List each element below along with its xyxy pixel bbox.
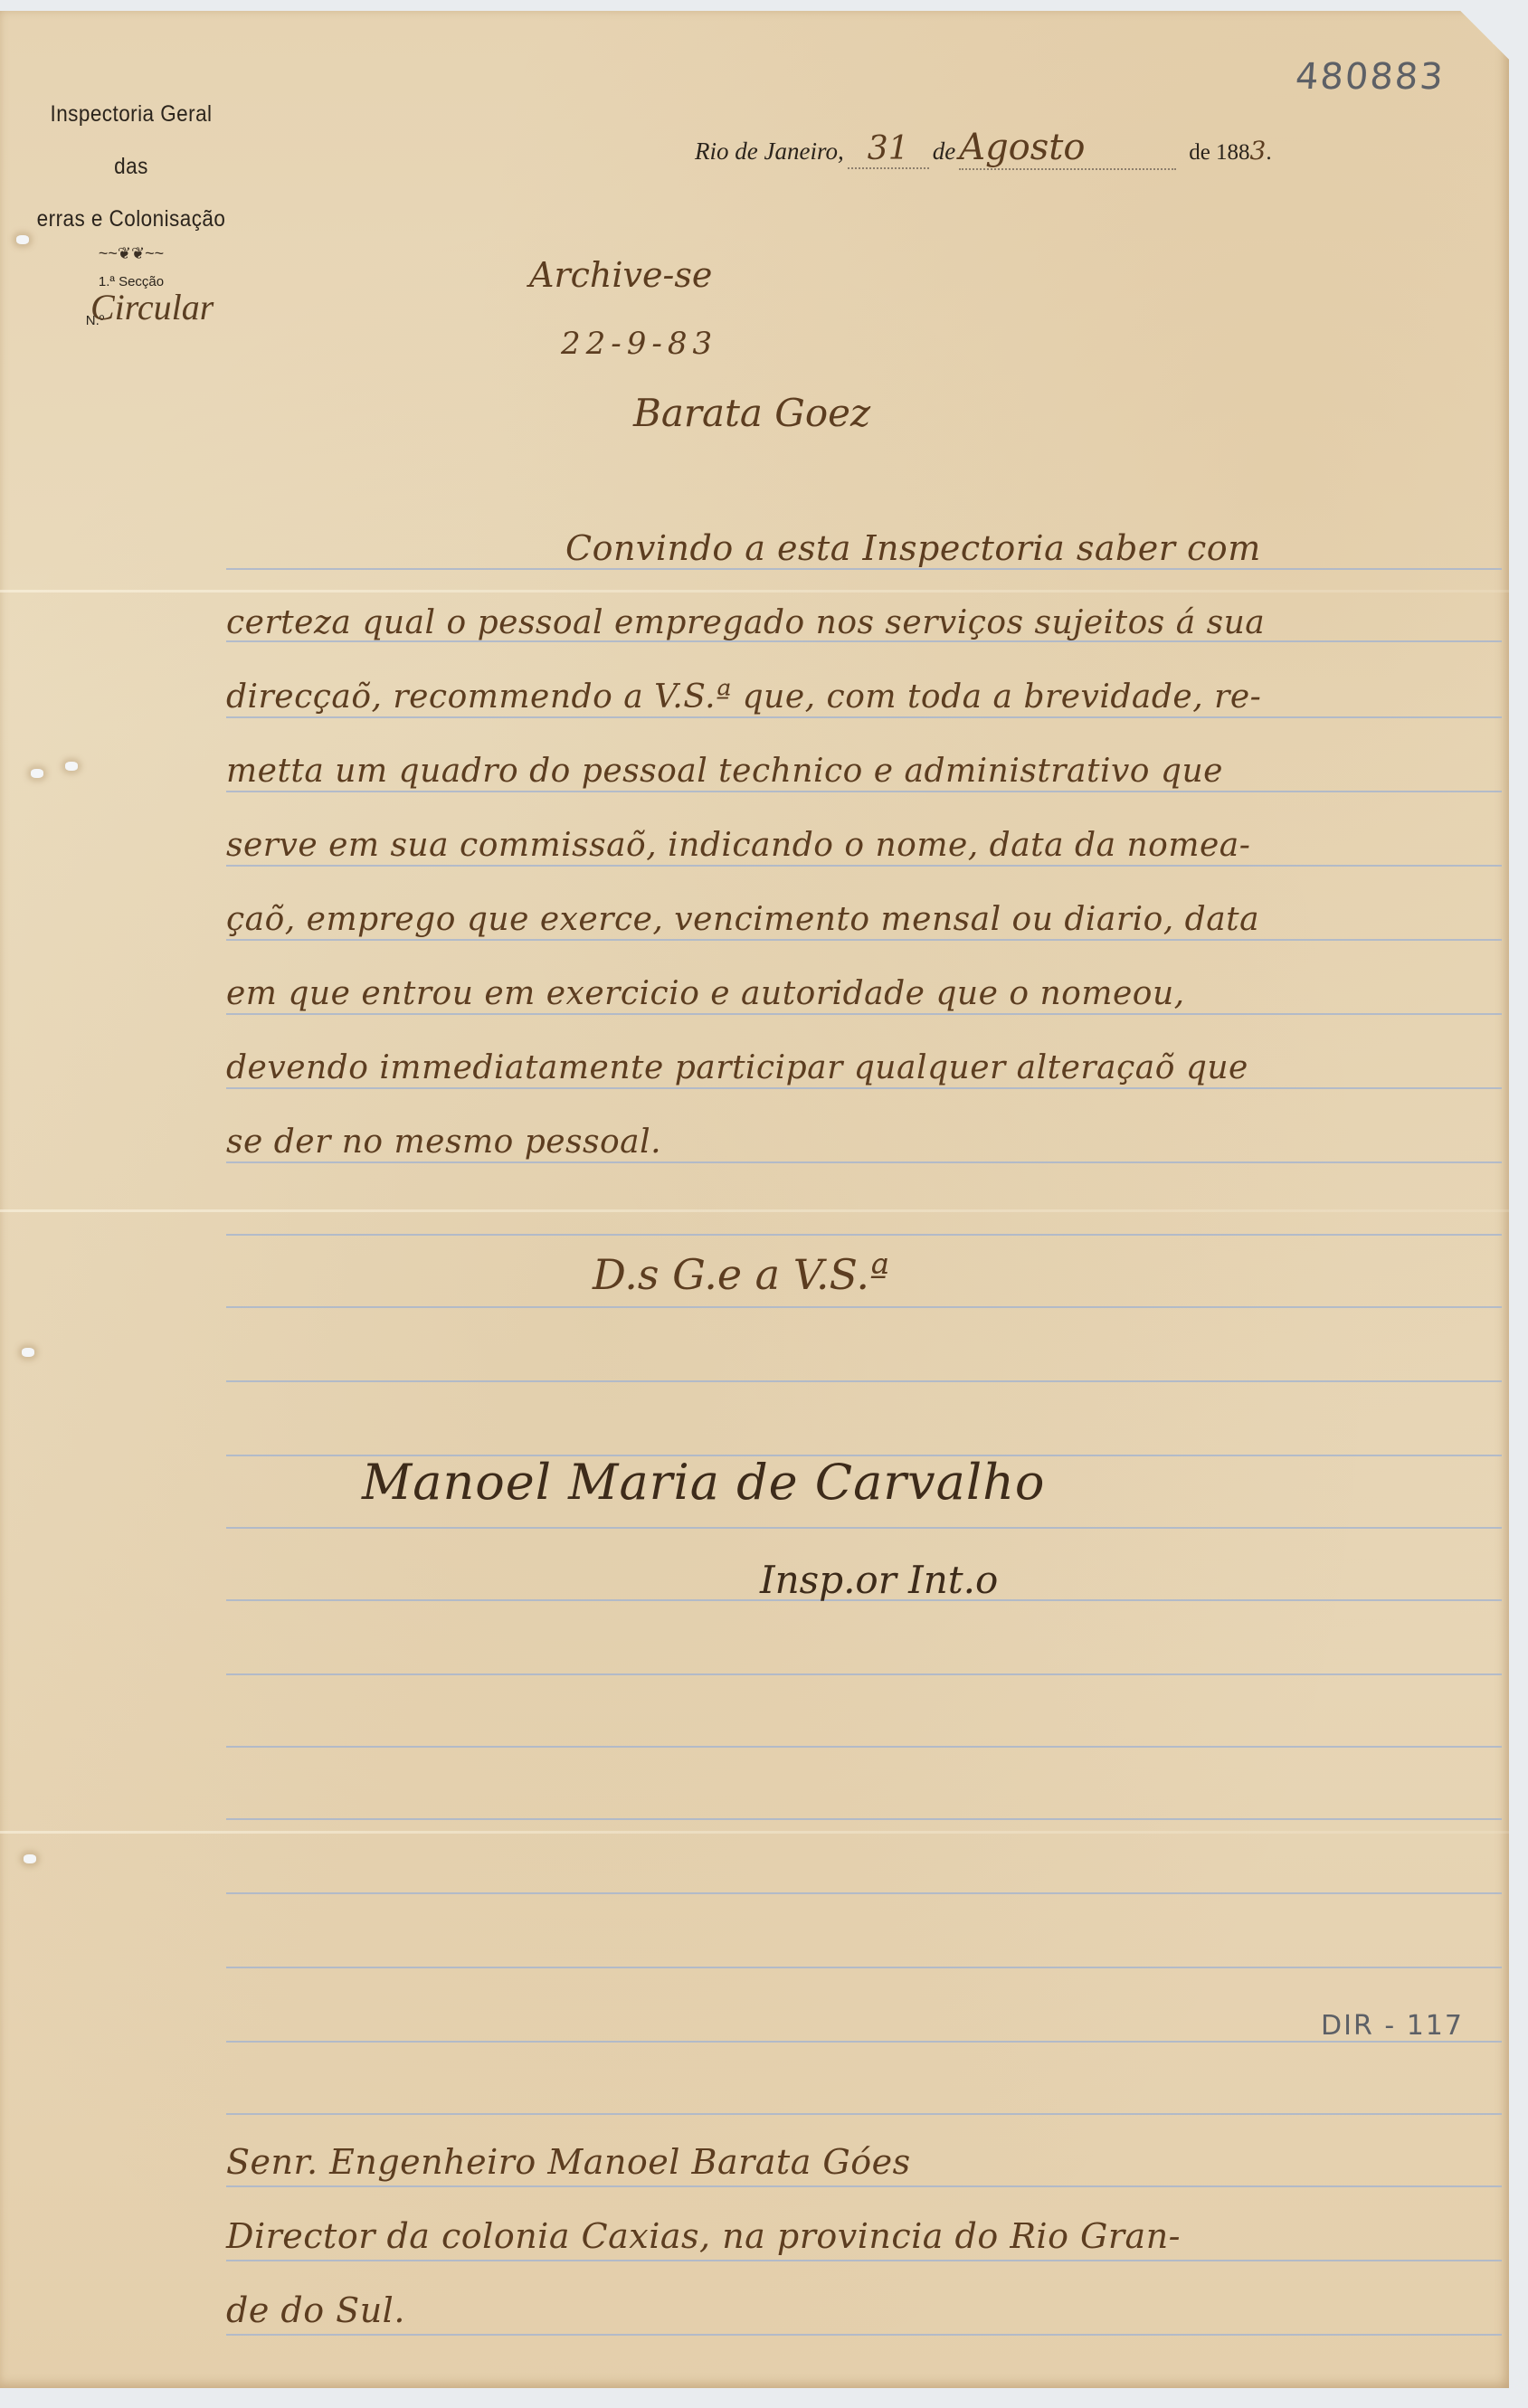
fold-line <box>0 590 1509 593</box>
body-line: metta um quadro do pessoal technico e ad… <box>226 753 1223 790</box>
ruled-line <box>226 1306 1502 1308</box>
ruled-line <box>226 791 1502 792</box>
addressee-line: de do Sul. <box>226 2290 405 2330</box>
binding-hole <box>22 1348 34 1357</box>
ruled-line <box>226 1161 1502 1163</box>
annotation-archive: Archive-se <box>529 255 712 295</box>
date-month: Agosto <box>959 127 1085 168</box>
body-line: devendo immediatamente participar qualqu… <box>226 1049 1248 1086</box>
date-day: 31 <box>868 130 909 167</box>
ruled-line <box>226 2185 1502 2187</box>
date-day-field: 31 <box>848 130 929 169</box>
circular-handwritten: Circular <box>90 286 214 328</box>
binding-hole <box>31 769 43 778</box>
ruled-line <box>226 939 1502 941</box>
date-de: de <box>933 137 955 165</box>
ruled-line <box>226 1967 1502 1968</box>
body-line: çaõ, emprego que exerce, vencimento mens… <box>226 901 1259 938</box>
annotation-signature: Barata Goez <box>633 391 870 435</box>
ruled-line <box>226 1380 1502 1382</box>
ruled-line <box>226 716 1502 718</box>
body-line: Convindo a esta Inspectoria saber com <box>565 528 1261 568</box>
ruled-line <box>226 1234 1502 1236</box>
ruled-line <box>226 2334 1502 2336</box>
ruled-line <box>226 1527 1502 1529</box>
ruled-line <box>226 2113 1502 2115</box>
body-line: certeza qual o pessoal empregado nos ser… <box>226 604 1265 641</box>
signature-title: Insp.or Int.o <box>760 1558 998 1602</box>
date-year-digit: 3 <box>1250 136 1267 166</box>
ruled-line <box>226 865 1502 867</box>
ruled-line <box>226 2260 1502 2261</box>
binding-hole <box>24 1854 36 1863</box>
ruled-line <box>226 1892 1502 1894</box>
body-line: em que entrou em exercicio e autoridade … <box>226 975 1185 1012</box>
addressee-line: Director da colonia Caxias, na provincia… <box>226 2216 1181 2256</box>
ornament-icon: ~~❦❦~~ <box>0 244 262 263</box>
torn-corner <box>1437 11 1509 101</box>
ruled-line <box>226 1673 1502 1675</box>
date-month-field: Agosto <box>959 127 1176 170</box>
signature: Manoel Maria de Carvalho <box>362 1454 1045 1511</box>
fold-line <box>0 1831 1509 1834</box>
catalog-number: 480883 <box>1294 56 1446 98</box>
letterhead-line: erras e Colonisação <box>14 203 250 235</box>
closing-salutation: D.s G.e a V.S.ª <box>593 1250 889 1299</box>
ruled-line <box>226 568 1502 570</box>
date-period: . <box>1266 140 1271 165</box>
body-line: direcçaõ, recommendo a V.S.ª que, com to… <box>226 678 1261 716</box>
ruled-line <box>226 2041 1502 2043</box>
body-line: serve em sua commissaõ, indicando o nome… <box>226 827 1250 864</box>
fold-line <box>0 1209 1509 1212</box>
letterhead-line: Inspectoria Geral <box>14 98 250 130</box>
document-number: N.º Circular <box>0 313 262 328</box>
body-line: se der no mesmo pessoal. <box>226 1123 661 1161</box>
annotation-date: 22-9-83 <box>561 326 717 362</box>
date-place: Rio de Janeiro, <box>695 137 844 165</box>
letterhead: Inspectoria Geral das erras e Colonisaçã… <box>0 98 262 328</box>
document-page: Inspectoria Geral das erras e Colonisaçã… <box>0 11 1509 2388</box>
dateline: Rio de Janeiro, 31 de Agosto de 1883. <box>695 127 1272 170</box>
ruled-line <box>226 1087 1502 1089</box>
ruled-line <box>226 1013 1502 1015</box>
ruled-line <box>226 1818 1502 1820</box>
letterhead-line: das <box>14 150 250 183</box>
archive-reference: DIR - 117 <box>1321 2010 1464 2042</box>
binding-hole <box>65 762 78 771</box>
addressee-line: Senr. Engenheiro Manoel Barata Góes <box>226 2142 911 2182</box>
date-year-prefix: de 188 <box>1189 140 1249 165</box>
ruled-line <box>226 1746 1502 1748</box>
